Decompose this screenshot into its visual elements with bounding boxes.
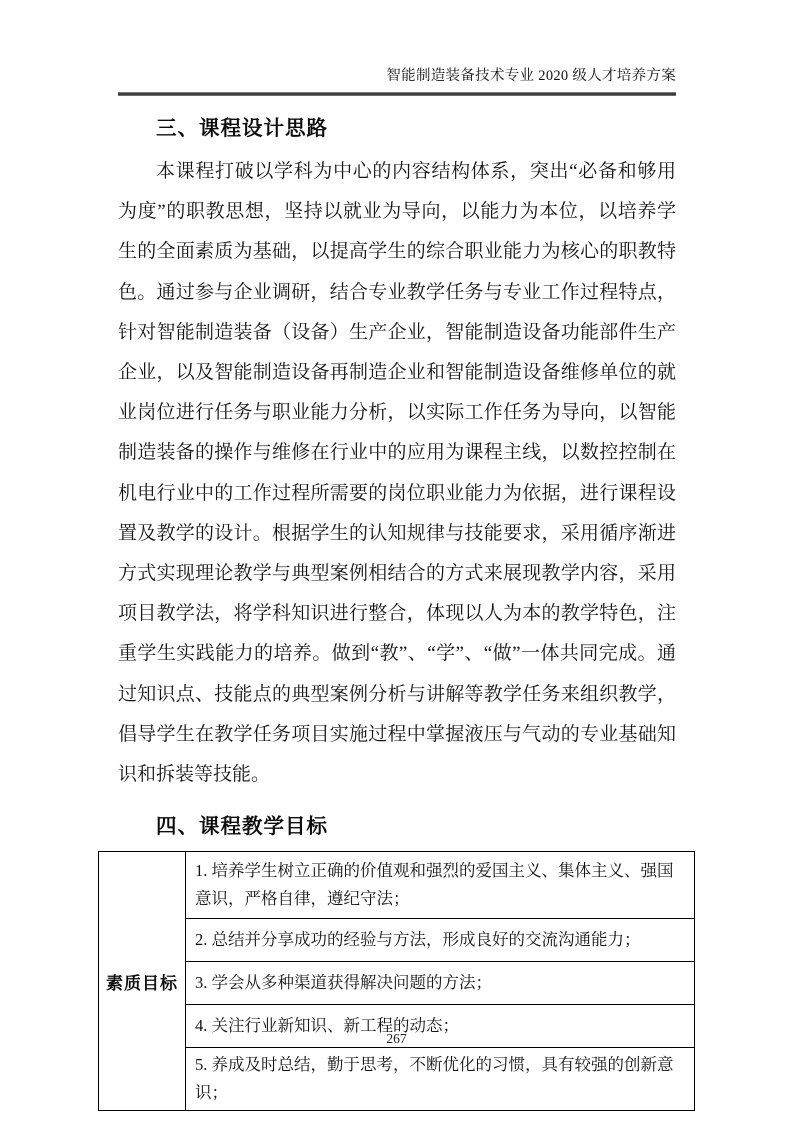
running-header-title: 智能制造装备技术专业 2020 级人才培养方案 bbox=[386, 68, 676, 84]
running-header: 智能制造装备技术专业 2020 级人才培养方案 bbox=[118, 0, 676, 85]
quality-goals-table: 素质目标 1. 培养学生树立正确的价值观和强烈的爱国主义、集体主义、强国意识，严… bbox=[98, 851, 695, 1111]
table-row: 5. 养成及时总结，勤于思考，不断优化的习惯，具有较强的创新意识； bbox=[99, 1048, 695, 1111]
table-row: 素质目标 1. 培养学生树立正确的价值观和强烈的爱国主义、集体主义、强国意识，严… bbox=[99, 852, 695, 919]
document-page: 智能制造装备技术专业 2020 级人才培养方案 三、课程设计思路 本课程打破以学… bbox=[0, 0, 793, 1122]
table-row: 3. 学会从多种渠道获得解决问题的方法； bbox=[99, 962, 695, 1005]
course-design-paragraph: 本课程打破以学科为中心的内容结构体系，突出“必备和够用为度”的职教思想，坚持以就… bbox=[118, 152, 676, 795]
goal-item-2: 2. 总结并分享成功的经验与方法，形成良好的交流沟通能力； bbox=[186, 919, 695, 962]
goal-item-1: 1. 培养学生树立正确的价值观和强烈的爱国主义、集体主义、强国意识，严格自律，遵… bbox=[186, 852, 695, 919]
page-number: 267 bbox=[386, 1031, 406, 1046]
row-label-quality-goals: 素质目标 bbox=[99, 852, 186, 1111]
header-rule bbox=[118, 92, 676, 96]
table-row: 2. 总结并分享成功的经验与方法，形成良好的交流沟通能力； bbox=[99, 919, 695, 962]
goal-item-5: 5. 养成及时总结，勤于思考，不断优化的习惯，具有较强的创新意识； bbox=[186, 1048, 695, 1111]
goal-item-3: 3. 学会从多种渠道获得解决问题的方法； bbox=[186, 962, 695, 1005]
section-heading-course-design: 三、课程设计思路 bbox=[156, 111, 676, 141]
page-footer: 267 bbox=[0, 1031, 793, 1047]
section-heading-teaching-goals: 四、课程教学目标 bbox=[156, 809, 676, 839]
